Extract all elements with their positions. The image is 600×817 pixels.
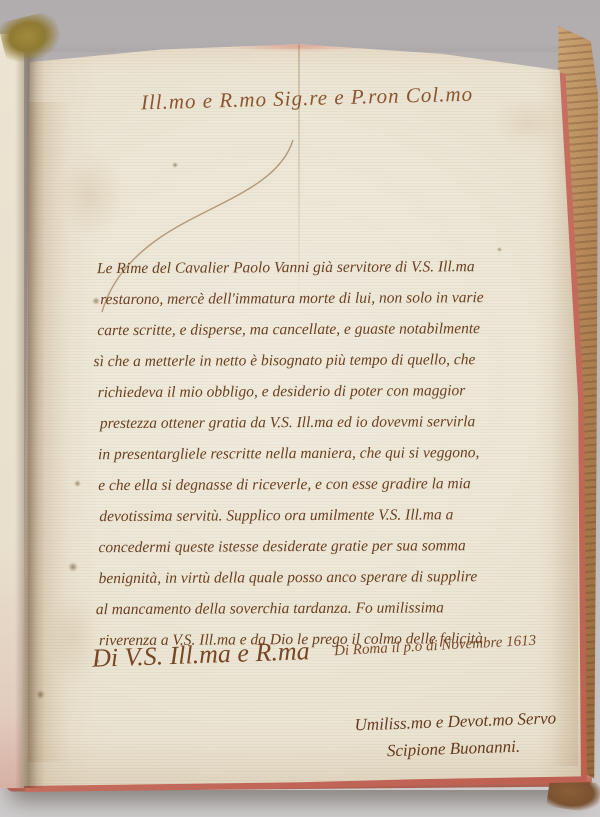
manuscript-photo: Ill.mo e R.mo Sig.re e P.ron Col.mo Le R… (0, 0, 600, 817)
top-edge-red-tint (227, 42, 367, 51)
letter-salutation: Ill.mo e R.mo Sig.re e P.ron Col.mo (140, 82, 475, 116)
letter-signature: Umiliss.mo e Devot.mo Servo Scipione Buo… (354, 705, 552, 766)
foxing-stain (492, 97, 566, 149)
letter-subscription: Di V.S. Ill.ma e R.ma (92, 636, 311, 674)
letter-line: Le Rime del Cavalier Paolo Vanni già ser… (97, 251, 533, 284)
letter-line: restarono, mercè dell'immatura morte di … (100, 282, 533, 315)
letter-line: sì che a metterle in netto è bisognato p… (93, 344, 533, 377)
letter-line: devotissima servitù. Supplico ora umilme… (99, 499, 534, 532)
letter-line: prestezza ottener gratia da V.S. Ill.ma … (100, 406, 534, 439)
letter-body: Le Rime del Cavalier Paolo Vanni già ser… (97, 251, 535, 656)
letter-line: concedermi queste istesse desiderate gra… (98, 530, 534, 563)
letter-line: carte scritte, e disperse, ma cancellate… (97, 313, 533, 346)
ink-spot (68, 562, 78, 572)
letter-line: in presentargliele rescritte nella manie… (98, 437, 534, 470)
letter-line: benignità, in virtù della quale posso an… (99, 561, 535, 594)
gutter-shadow (15, 38, 45, 788)
letter-line: e che ella si degnasse di riceverle, e c… (98, 468, 534, 501)
letter-line: richiedeva il mio obbligo, e desiderio d… (98, 375, 534, 408)
letter-line: al mancamento della soverchia tardanza. … (96, 592, 535, 625)
ink-spot (74, 480, 81, 487)
manuscript-page: Ill.mo e R.mo Sig.re e P.ron Col.mo Le R… (22, 42, 582, 786)
